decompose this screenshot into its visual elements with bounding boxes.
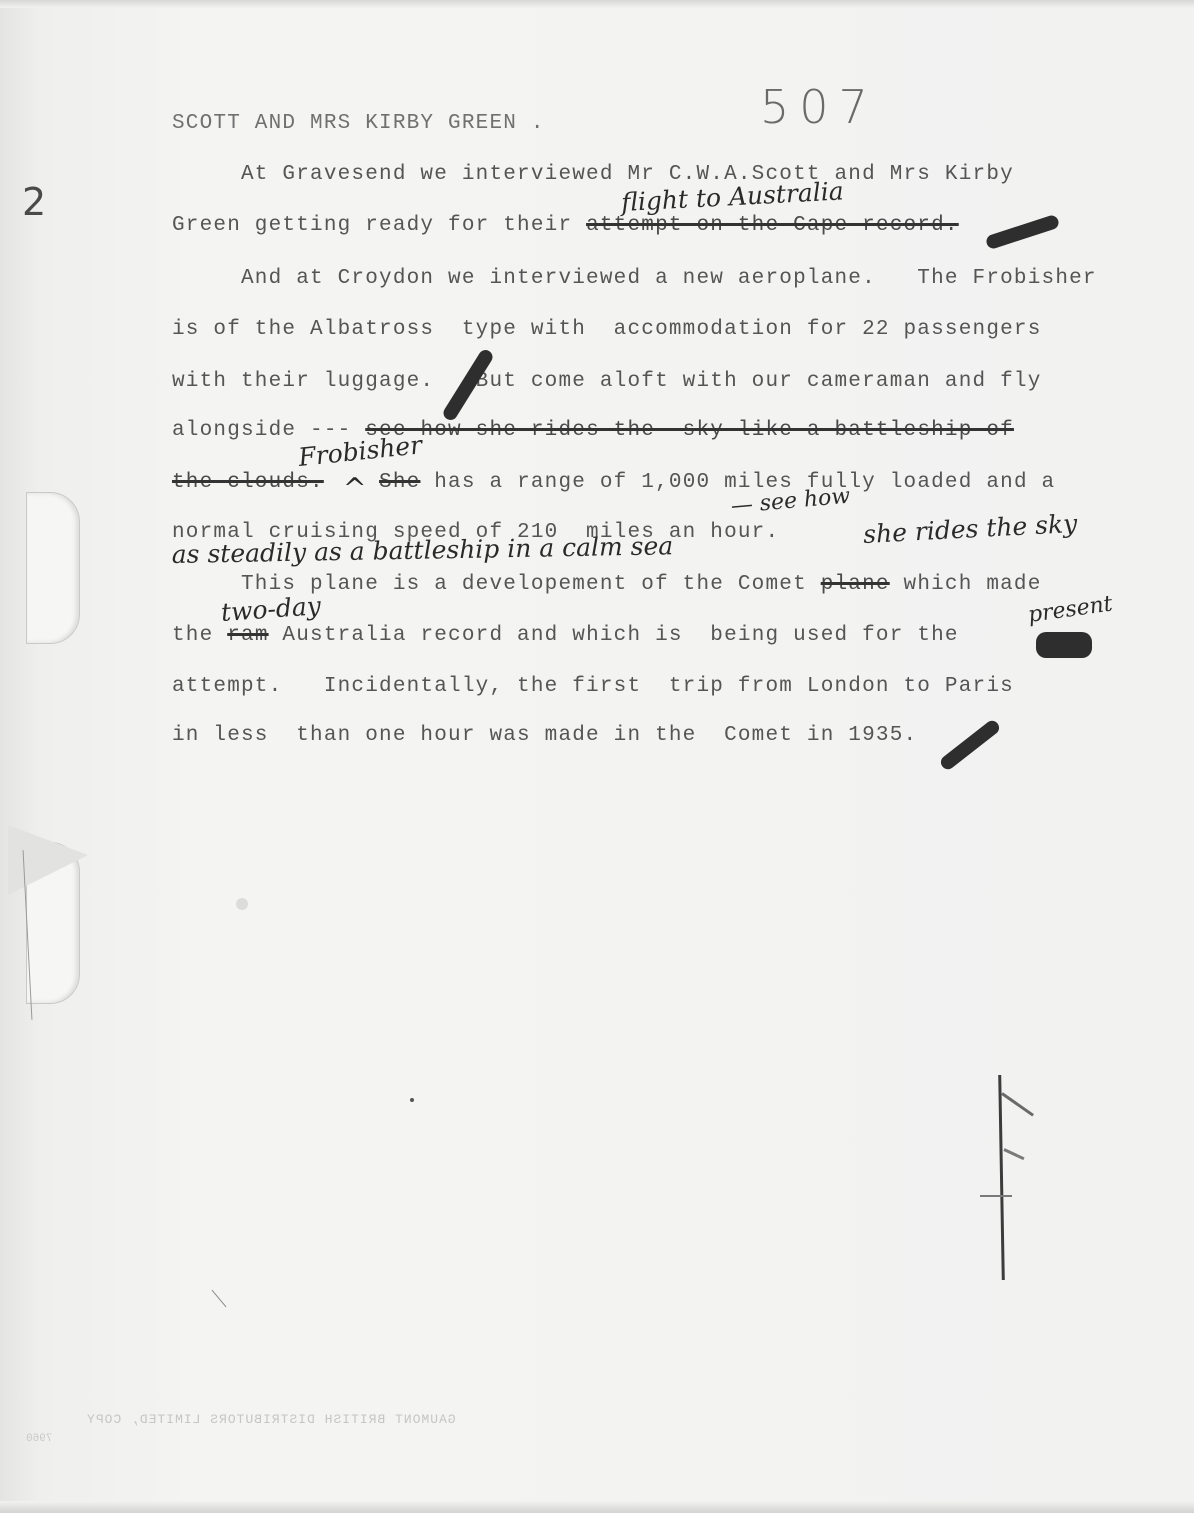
paper-top-edge (0, 0, 1194, 8)
initials-mark-stroke-3 (980, 1195, 1012, 1197)
text-line-12: in less than one hour was made in the Co… (172, 724, 917, 747)
bleed-through-text: GAUMONT BRITISH DISTRIBUTORS LIMITED, CO… (86, 1412, 456, 1427)
handwritten-page-number: 507 (760, 80, 878, 134)
ink-stroke (985, 214, 1061, 250)
line-10-text: the (172, 624, 227, 647)
text-line-10: the ram Australia record and which is be… (172, 624, 973, 647)
text-line-6: alongside --- see how she rides the sky … (172, 419, 1014, 442)
struck-text-ram: ram (227, 624, 268, 647)
line-9-text: This plane is a developement of the Come… (172, 573, 821, 596)
document-page: 507 2 SCOTT AND MRS KIRBY GREEN . At Gra… (0, 0, 1194, 1513)
text-line-5: with their luggage. But come aloft with … (172, 370, 1042, 393)
paper-bottom-edge (0, 1501, 1194, 1513)
text-line-1: At Gravesend we interviewed Mr C.W.A.Sco… (172, 163, 1014, 186)
document-heading: SCOTT AND MRS KIRBY GREEN . (172, 112, 545, 135)
torn-paper-flap (8, 825, 88, 895)
text-line-2: Green getting ready for their attempt on… (172, 214, 959, 237)
stray-dot-2 (410, 1098, 414, 1102)
initials-mark-stroke (1001, 1092, 1034, 1116)
initials-mark (998, 1075, 1005, 1280)
text-line-7: the clouds. She has a range of 1,000 mil… (172, 471, 1055, 494)
ink-stroke-end (938, 718, 1002, 772)
stray-line (212, 1290, 227, 1307)
line-7-text: has a range of 1,000 miles fully loaded … (420, 471, 1055, 494)
struck-text-cape-record: attempt on the Cape record. (586, 214, 959, 237)
line-9-text-end: which made (890, 573, 1042, 596)
handwritten-insert-present: present (1027, 591, 1115, 628)
struck-text-she: She (379, 471, 420, 494)
line-10-text-end: Australia record and which is being used… (269, 624, 973, 647)
struck-text-plane: plane (821, 573, 890, 596)
text-line-11: attempt. Incidentally, the first trip fr… (172, 675, 1014, 698)
ink-blot-redaction (1036, 632, 1092, 658)
binding-tab-upper (26, 492, 80, 644)
initials-mark-stroke-2 (1003, 1148, 1024, 1160)
stray-dot (236, 898, 248, 910)
text-line-4: is of the Albatross type with accommodat… (172, 318, 1042, 341)
handwritten-insert-she-rides-the-sky: she rides the sky (862, 509, 1077, 549)
text-line-3: And at Croydon we interviewed a new aero… (172, 267, 1097, 290)
insertion-caret: ^ (343, 472, 366, 505)
line-2-text: Green getting ready for their (172, 214, 586, 237)
handwritten-insert-two-day: two-day (220, 591, 322, 627)
struck-text-battleship: see how she rides the sky like a battles… (365, 419, 1014, 442)
bleed-through-small: 7960 (26, 1433, 52, 1445)
struck-text-the-clouds: the clouds. (172, 471, 324, 494)
margin-number: 2 (22, 180, 46, 224)
